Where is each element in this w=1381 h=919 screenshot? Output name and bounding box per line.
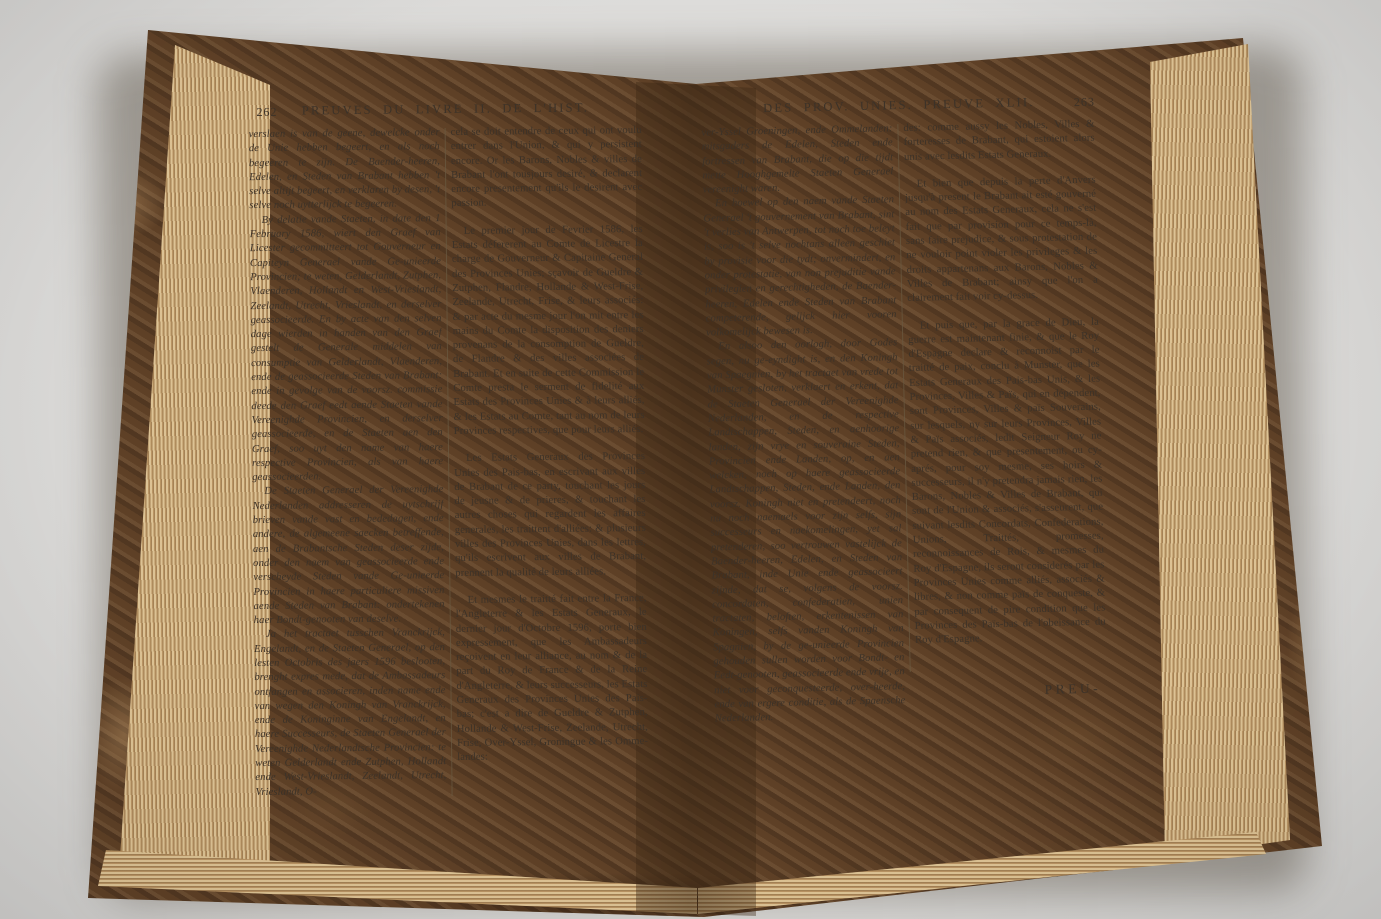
left-page-columns: verslaen is van de geene, dewelcke onder… [249,124,650,804]
left-running-title: PREUVES DU LIVRE II. DE L'HIST. [302,101,589,118]
left-page-french-column: cela se doit entendre de ceux qui ont vo… [451,124,649,802]
paragraph: cela se doit entendre de ceux qui ont vo… [451,124,643,212]
right-page-dutch-column: ver-Yssel Groeningen, ende Ommelanden: m… [701,122,906,742]
paragraph: By delatie vande Staeten, in date den 1 … [249,212,443,486]
paragraph: verslaen is van de geene, dewelcke onder… [249,126,441,214]
paragraph: ver-Yssel Groeningen, ende Ommelanden: m… [701,122,894,198]
paragraph: des: comme aussy les Nobles, Villes & fo… [903,118,1095,165]
paragraph: Et puis que, par la grace de Dieu, la gu… [908,315,1106,648]
right-page-text: DES PROV. UNIES. PREUVE XLII. 263 ver-Ys… [701,94,1111,743]
paragraph: En hoewel op den naem vande Staeten Gene… [703,194,897,341]
paragraph: De Staeten Generael der Vereenighde Nede… [252,483,444,628]
paragraph: Les Estats Generaux des Provinces Unies … [454,450,646,581]
right-page-columns: ver-Yssel Groeningen, ende Ommelanden: m… [701,118,1111,743]
photo-backdrop: 262 PREUVES DU LIVRE II. DE L'HIST. vers… [0,0,1381,919]
paragraph: Et bien que depuis la perte d'Anvers jus… [905,174,1099,307]
paragraph: Ja het tractaet tusschen Vranckrijck, En… [254,626,447,800]
paragraph: Et mesmes le traitté fait entre la Franc… [455,592,648,766]
catchword: PREU- [916,682,1107,701]
right-page-number: 263 [1074,95,1095,110]
left-page-text: 262 PREUVES DU LIVRE II. DE L'HIST. vers… [248,100,649,804]
left-page-number: 262 [256,105,277,120]
right-page-french-column: des: comme aussy les Nobles, Villes & fo… [903,118,1108,738]
paragraph: Le premier jour de Fevrier 1586, les Est… [452,223,645,439]
left-page-dutch-column: verslaen is van de geene, dewelcke onder… [249,126,447,804]
left-page-header: 262 PREUVES DU LIVRE II. DE L'HIST. [248,100,642,124]
paragraph: En alsoo den oorlogh, door Godes segen, … [706,337,906,727]
